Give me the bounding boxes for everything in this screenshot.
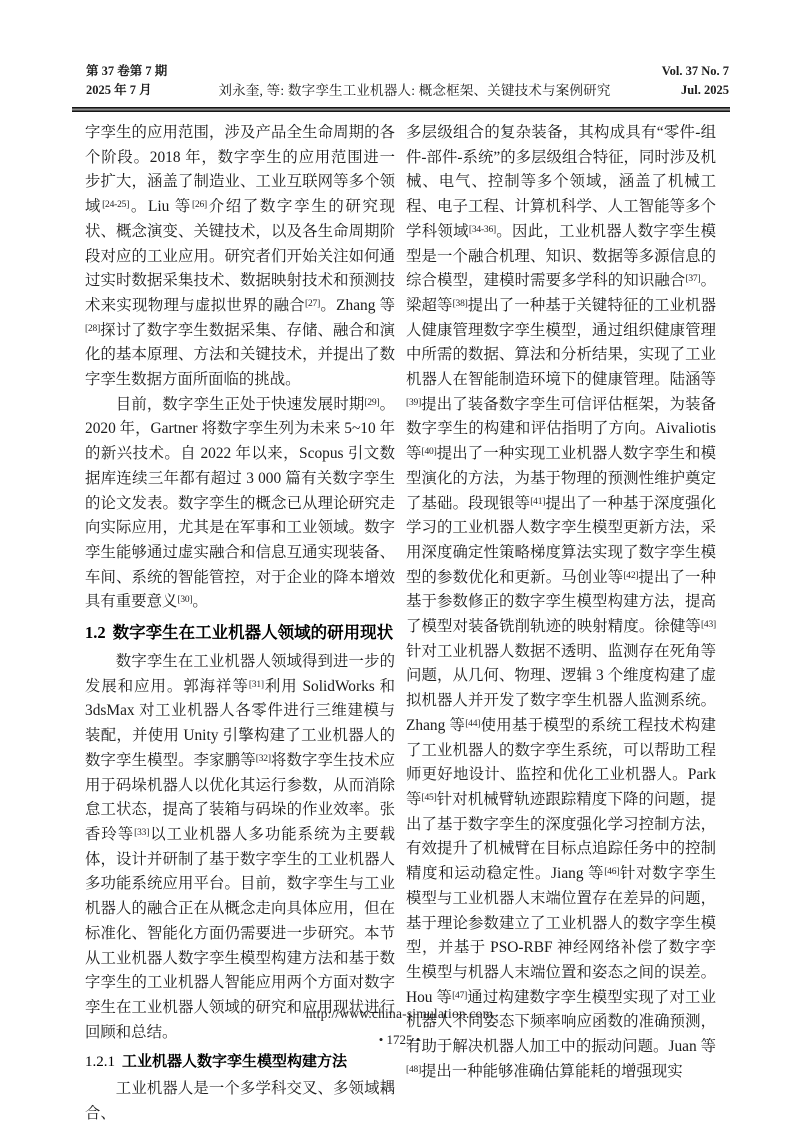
subsection-heading: 1.2.1工业机器人数字孪生模型构建方法	[85, 1049, 395, 1075]
paragraph: 工业机器人是一个多学科交叉、多领域耦合、	[85, 1077, 395, 1122]
citation-ref: [24-25]	[102, 200, 129, 210]
header-volume-line: 第 37 卷第 7 期	[86, 62, 167, 81]
citation-ref: [29]	[364, 398, 379, 408]
paragraph: 目前，数字孪生正处于快速发展时期[29]。2020 年，Gartner 将数字孪…	[85, 393, 395, 615]
citation-ref: [28]	[85, 324, 100, 334]
citation-ref: [37]	[685, 274, 700, 284]
heading-text: 数字孪生在工业机器人领域的研用现状	[113, 624, 394, 642]
citation-ref: [30]	[177, 595, 192, 605]
journal-url[interactable]: http://www.china-simulation.com	[0, 1006, 799, 1022]
citation-ref: [39]	[406, 398, 421, 408]
page-number: • 1725 •	[0, 1032, 799, 1048]
header-date-line: 2025 年 7 月	[86, 81, 167, 100]
journal-page: 第 37 卷第 7 期 2025 年 7 月 刘永奎, 等: 数字孪生工业机器人…	[0, 0, 799, 1122]
citation-ref: [40]	[422, 447, 437, 457]
header-date-line-en: Jul. 2025	[662, 81, 729, 100]
article-body: 字孪生的应用范围，涉及产品全生命周期的各个阶段。2018 年，数字孪生的应用范围…	[85, 121, 716, 1122]
header-volume-issue-en: Vol. 37 No. 7 Jul. 2025	[662, 62, 729, 100]
header-volume-issue: 第 37 卷第 7 期 2025 年 7 月	[86, 62, 167, 100]
right-column: 多层级组合的复杂装备，其构成具有“零件-组件-部件-系统”的多层级组合特征，同时…	[406, 121, 716, 1122]
header-running-title: 刘永奎, 等: 数字孪生工业机器人: 概念框架、关键技术与案例研究	[218, 79, 610, 100]
citation-ref: [31]	[249, 680, 264, 690]
citation-ref: [44]	[465, 719, 480, 729]
section-heading: 1.2数字孪生在工业机器人领域的研用现状	[85, 620, 395, 646]
citation-ref: [45]	[422, 793, 437, 803]
header-volume-line-en: Vol. 37 No. 7	[662, 62, 729, 81]
citation-ref: [33]	[134, 828, 149, 838]
page-footer: http://www.china-simulation.com • 1725 •	[0, 1006, 799, 1048]
citation-ref: [47]	[452, 991, 467, 1001]
citation-ref: [26]	[192, 200, 207, 210]
paragraph: 字孪生的应用范围，涉及产品全生命周期的各个阶段。2018 年，数字孪生的应用范围…	[85, 121, 395, 393]
heading-number: 1.2	[85, 623, 106, 642]
heading-text: 工业机器人数字孪生模型构建方法	[122, 1053, 347, 1070]
citation-ref: [46]	[604, 867, 619, 877]
left-column: 字孪生的应用范围，涉及产品全生命周期的各个阶段。2018 年，数字孪生的应用范围…	[85, 121, 395, 1122]
citation-ref: [32]	[256, 754, 271, 764]
page-header: 第 37 卷第 7 期 2025 年 7 月 刘永奎, 等: 数字孪生工业机器人…	[86, 62, 729, 100]
citation-ref: [41]	[530, 497, 545, 507]
citation-ref: [27]	[305, 299, 320, 309]
citation-ref: [48]	[406, 1065, 421, 1075]
paragraph: 多层级组合的复杂装备，其构成具有“零件-组件-部件-系统”的多层级组合特征，同时…	[406, 121, 716, 1084]
paragraph: 数字孪生在工业机器人领域得到进一步的发展和应用。郭海祥等[31]利用 Solid…	[85, 650, 395, 1045]
citation-ref: [42]	[623, 571, 638, 581]
citation-ref: [38]	[453, 299, 468, 309]
citation-ref: [34-36]	[469, 225, 496, 235]
citation-ref: [43]	[701, 620, 716, 630]
header-rule	[72, 107, 730, 112]
heading-number: 1.2.1	[85, 1054, 115, 1070]
